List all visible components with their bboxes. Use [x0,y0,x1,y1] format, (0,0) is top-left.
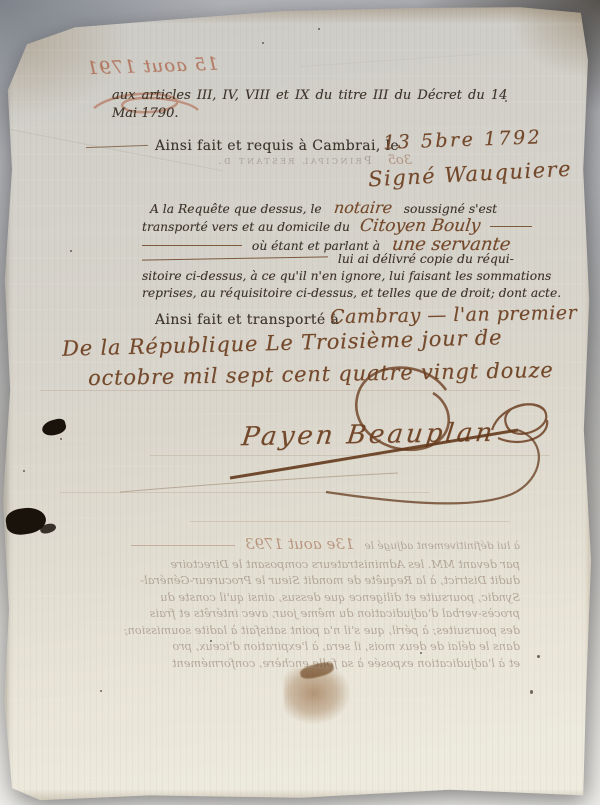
paper-scratch [150,455,550,456]
printed-decret-citation-line1: aux articles III, IV, VIII et IX du titr… [112,88,507,103]
ink-dash [142,256,328,260]
paper-shadow-wrapper: 15 aout 1791 aux articles III, IV, VIII … [0,0,600,805]
paper-scratch [60,492,430,493]
paper-speck [262,42,264,44]
bleedthrough-verso-line: procès-verbal d'adjudication du même jou… [64,606,520,623]
printed-transporte-line: Ainsi fait et transporté à [155,312,339,328]
paper-scratch [190,521,510,522]
paper-speck [100,690,102,692]
photograph-of-notarial-document: 15 aout 1791 aux articles III, IV, VIII … [0,0,600,805]
bleedthrough-verso-line: par devant MM. les Administrateurs compo… [64,557,520,574]
manuscript-cambray-lan-premier: Cambray — l'an premier [330,302,577,328]
requete-paragraph-line2: transporté vers et au domicile du Citoye… [142,216,532,236]
bleedthrough-verso-line: dans le délai de deux mois, il sera, à l… [64,639,520,656]
notary-signature: Payen Beauplan [240,418,497,452]
requete-paragraph-line5: sitoire ci-dessus, à ce qu'il n'en ignor… [142,269,551,283]
bleedthrough-verso-line: des poursuites; à péril, que s'il n'a po… [64,623,520,640]
bleedthrough-verso-paragraph: à lui définitivement adjugé le 13e aout … [64,536,520,672]
bleedthrough-principal-line: 3o5 Principal restant d. [176,153,412,168]
ink-blot [40,417,67,438]
requete-paragraph-line4: lui ai délivré copie du réqui- [142,252,514,266]
paper-speck [70,250,72,252]
printed-text: lui ai délivré copie du réqui- [338,252,514,266]
paper-edge-toning-left [0,0,12,805]
paper-speck [420,652,422,654]
bleedthrough-ink-rule [131,545,235,546]
paper-speck [530,690,533,694]
paper-speck [318,28,320,30]
paper-scratch [40,390,520,391]
manuscript-octobre-date-line: octobre mil sept cent quatre vingt douze [88,358,554,390]
requete-paragraph-line1: A la Requête que dessus, le notaire sous… [150,198,497,217]
bleedthrough-adjuge-printed: à lui définitivement adjugé le [364,538,520,555]
printed-text: où étant et parlant à [252,239,380,253]
manuscript-republique-line: De la République Le Troisième jour de [62,325,503,361]
paper-speck [480,330,482,332]
paper-speck [23,470,25,472]
ink-dash [490,226,532,227]
bleedthrough-date-top: 15 aout 1791 [86,54,219,80]
bleedthrough-principal-label: Principal restant d. [216,154,372,167]
bleedthrough-verso-line: Syndic, poursuite et diligence que dessu… [64,590,520,607]
printed-text: A la Requête que dessus, le [150,202,322,216]
paper-speck [60,438,62,440]
manuscript-citoyen-bouly: Citoyen Bouly [359,216,482,236]
document-paper-sheet: 15 aout 1791 aux articles III, IV, VIII … [0,0,600,805]
printed-text: soussigné s'est [404,202,497,216]
bleedthrough-verso-line: dudit District, à la Requête de mondit S… [64,573,520,590]
bleedthrough-adjuge-line: à lui définitivement adjugé le 13e aout … [64,536,520,555]
bleedthrough-adjuge-manuscript: 13e aout 1793 [245,536,354,553]
ink-dash [142,245,242,246]
printed-decret-citation-line2: Mai 1790. [112,106,179,121]
requete-paragraph-line6: reprises, au réquisitoire ci-dessus, et … [142,286,561,300]
printed-text: transporté vers et au domicile du [142,220,350,234]
paper-edge-toning-top [0,0,600,24]
manuscript-notaire: notaire [332,198,392,217]
paper-speck [210,640,212,642]
paper-crease [300,54,480,69]
paper-speck [505,100,507,102]
paper-edge-toning-right [584,0,600,805]
manuscript-requis-date: 13 5bre 1792 [383,126,543,154]
printed-requis-line: Ainsi fait et requis à Cambrai, le [155,138,399,154]
paper-edge-toning-bottom [0,789,600,805]
paper-speck [537,655,540,658]
